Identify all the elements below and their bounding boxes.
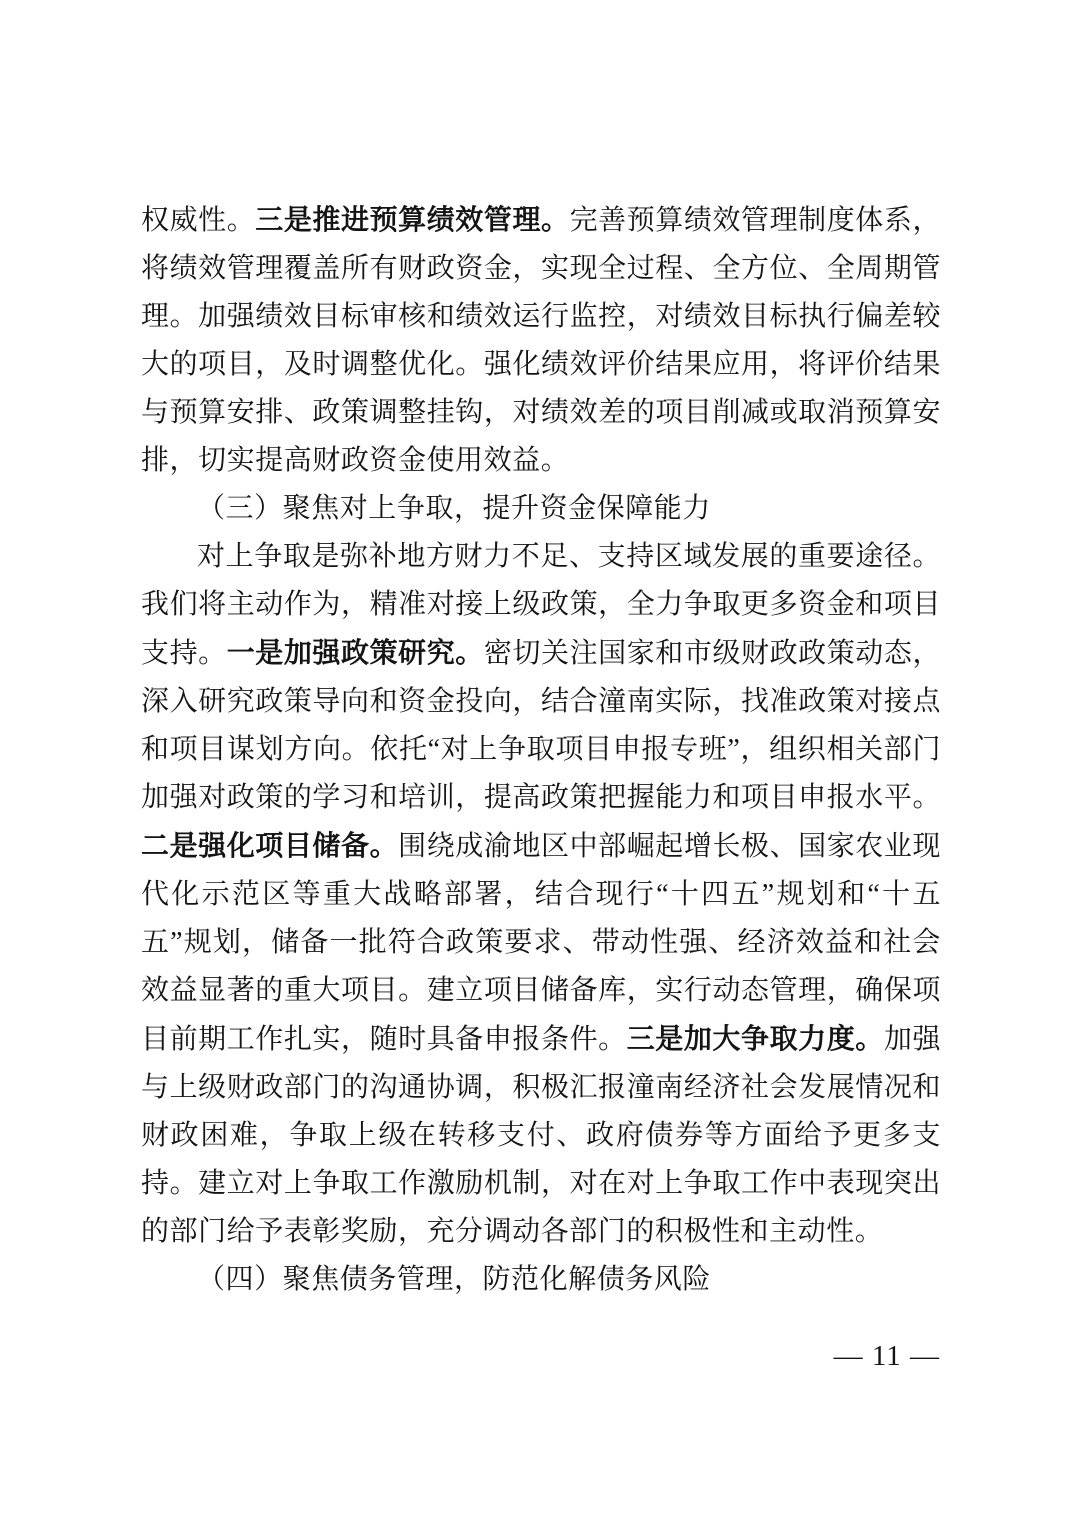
body-text: 权威性。 xyxy=(141,205,255,236)
emphasis-text: 二是强化项目储备。 xyxy=(141,830,398,861)
emphasis-text: 一是加强政策研究。 xyxy=(227,637,484,668)
emphasis-text: 三是推进预算绩效管理。 xyxy=(255,204,569,235)
body-text: 加强与上级财政部门的沟通协调，积极汇报潼南经济社会发展情况和财政困难，争取上级在… xyxy=(141,1024,941,1247)
body-text: 完善预算绩效管理制度体系，将绩效管理覆盖所有财政资金，实现全过程、全方位、全周期… xyxy=(141,205,941,476)
paragraph: 对上争取是弥补地方财力不足、支持区域发展的重要途径。我们将主动作为，精准对接上级… xyxy=(141,533,941,1256)
body-text: （四）聚焦债务管理，防范化解债务风险 xyxy=(197,1264,711,1295)
document-body: 权威性。三是推进预算绩效管理。完善预算绩效管理制度体系，将绩效管理覆盖所有财政资… xyxy=(141,196,941,1304)
paragraph: 权威性。三是推进预算绩效管理。完善预算绩效管理制度体系，将绩效管理覆盖所有财政资… xyxy=(141,196,941,485)
emphasis-text: 三是加大争取力度。 xyxy=(627,1023,884,1054)
body-text: 围绕成渝地区中部崛起增长极、国家农业现代化示范区等重大战略部署，结合现行“十四五… xyxy=(141,831,941,1055)
section-heading: （三）聚焦对上争取，提升资金保障能力 xyxy=(141,485,941,533)
body-text: （三）聚焦对上争取，提升资金保障能力 xyxy=(197,493,711,524)
page-number: — 11 — xyxy=(834,1336,940,1376)
section-heading: （四）聚焦债务管理，防范化解债务风险 xyxy=(141,1256,941,1304)
